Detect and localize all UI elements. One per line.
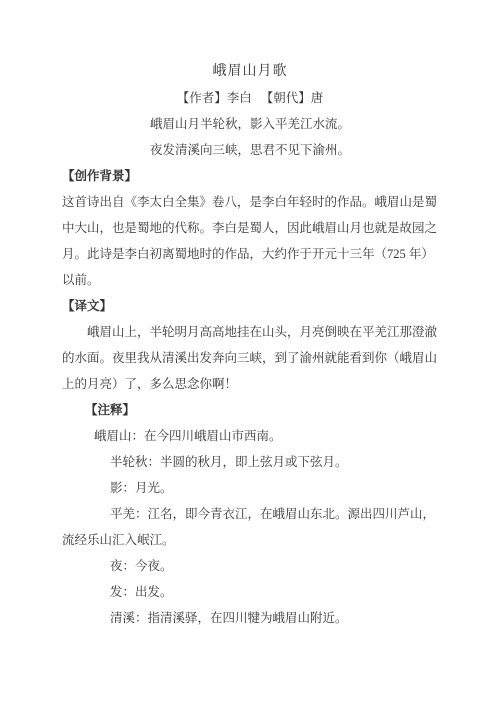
background-text-line: 中大山，也是蜀地的代称。李白是蜀人，因此峨眉山月也就是故园之 xyxy=(62,215,454,241)
document-page: 峨眉山月歌 【作者】李白【朝代】唐 峨眉山月半轮秋，影入平羌江水流。 夜发清溪向… xyxy=(0,0,500,707)
poem-verse-line: 峨眉山月半轮秋，影入平羌江水流。 xyxy=(0,111,500,137)
section-heading-translation: 【译文】 xyxy=(62,293,454,319)
author-name: 李白 xyxy=(227,91,252,105)
section-heading-notes: 【注释】 xyxy=(85,397,454,423)
section-heading-background: 【创作背景】 xyxy=(62,163,454,189)
note-entry: 影：月光。 xyxy=(110,475,454,501)
note-entry: 发：出发。 xyxy=(110,579,454,605)
note-entry: 半轮秋：半圆的秋月，即上弦月或下弦月。 xyxy=(110,449,454,475)
dynasty-name: 唐 xyxy=(311,91,324,105)
poem-verse-line: 夜发清溪向三峡，思君不见下渝州。 xyxy=(0,137,500,163)
note-entry-continuation: 流经乐山汇入岷江。 xyxy=(62,527,454,553)
document-content: 峨眉山月歌 【作者】李白【朝代】唐 峨眉山月半轮秋，影入平羌江水流。 夜发清溪向… xyxy=(62,59,454,631)
poem-header: 峨眉山月歌 【作者】李白【朝代】唐 峨眉山月半轮秋，影入平羌江水流。 夜发清溪向… xyxy=(0,59,500,163)
note-entry: 清溪：指清溪驿，在四川犍为峨眉山附近。 xyxy=(110,605,454,631)
background-text-line: 这首诗出自《李太白全集》卷八，是李白年轻时的作品。峨眉山是蜀 xyxy=(62,189,454,215)
translation-text-line: 峨眉山上，半轮明月高高地挂在山头，月亮倒映在平羌江那澄澈 xyxy=(62,319,454,345)
author-label: 【作者】 xyxy=(177,91,227,105)
background-text-line: 月。此诗是李白初离蜀地时的作品，大约作于开元十三年（725 年） xyxy=(62,241,454,267)
note-entry: 平羌：江名，即今青衣江，在峨眉山东北。源出四川芦山， xyxy=(110,501,454,527)
byline: 【作者】李白【朝代】唐 xyxy=(0,85,500,111)
note-entry: 夜：今夜。 xyxy=(110,553,454,579)
dynasty-label: 【朝代】 xyxy=(261,91,311,105)
poem-title: 峨眉山月歌 xyxy=(0,59,500,85)
note-entry: 峨眉山：在今四川峨眉山市西南。 xyxy=(94,423,454,449)
background-text-line: 以前。 xyxy=(62,267,454,293)
translation-text-line: 的水面。夜里我从清溪出发奔向三峡，到了渝州就能看到你（峨眉山 xyxy=(62,345,454,371)
translation-text-line: 上的月亮）了，多么思念你啊！ xyxy=(62,371,454,397)
